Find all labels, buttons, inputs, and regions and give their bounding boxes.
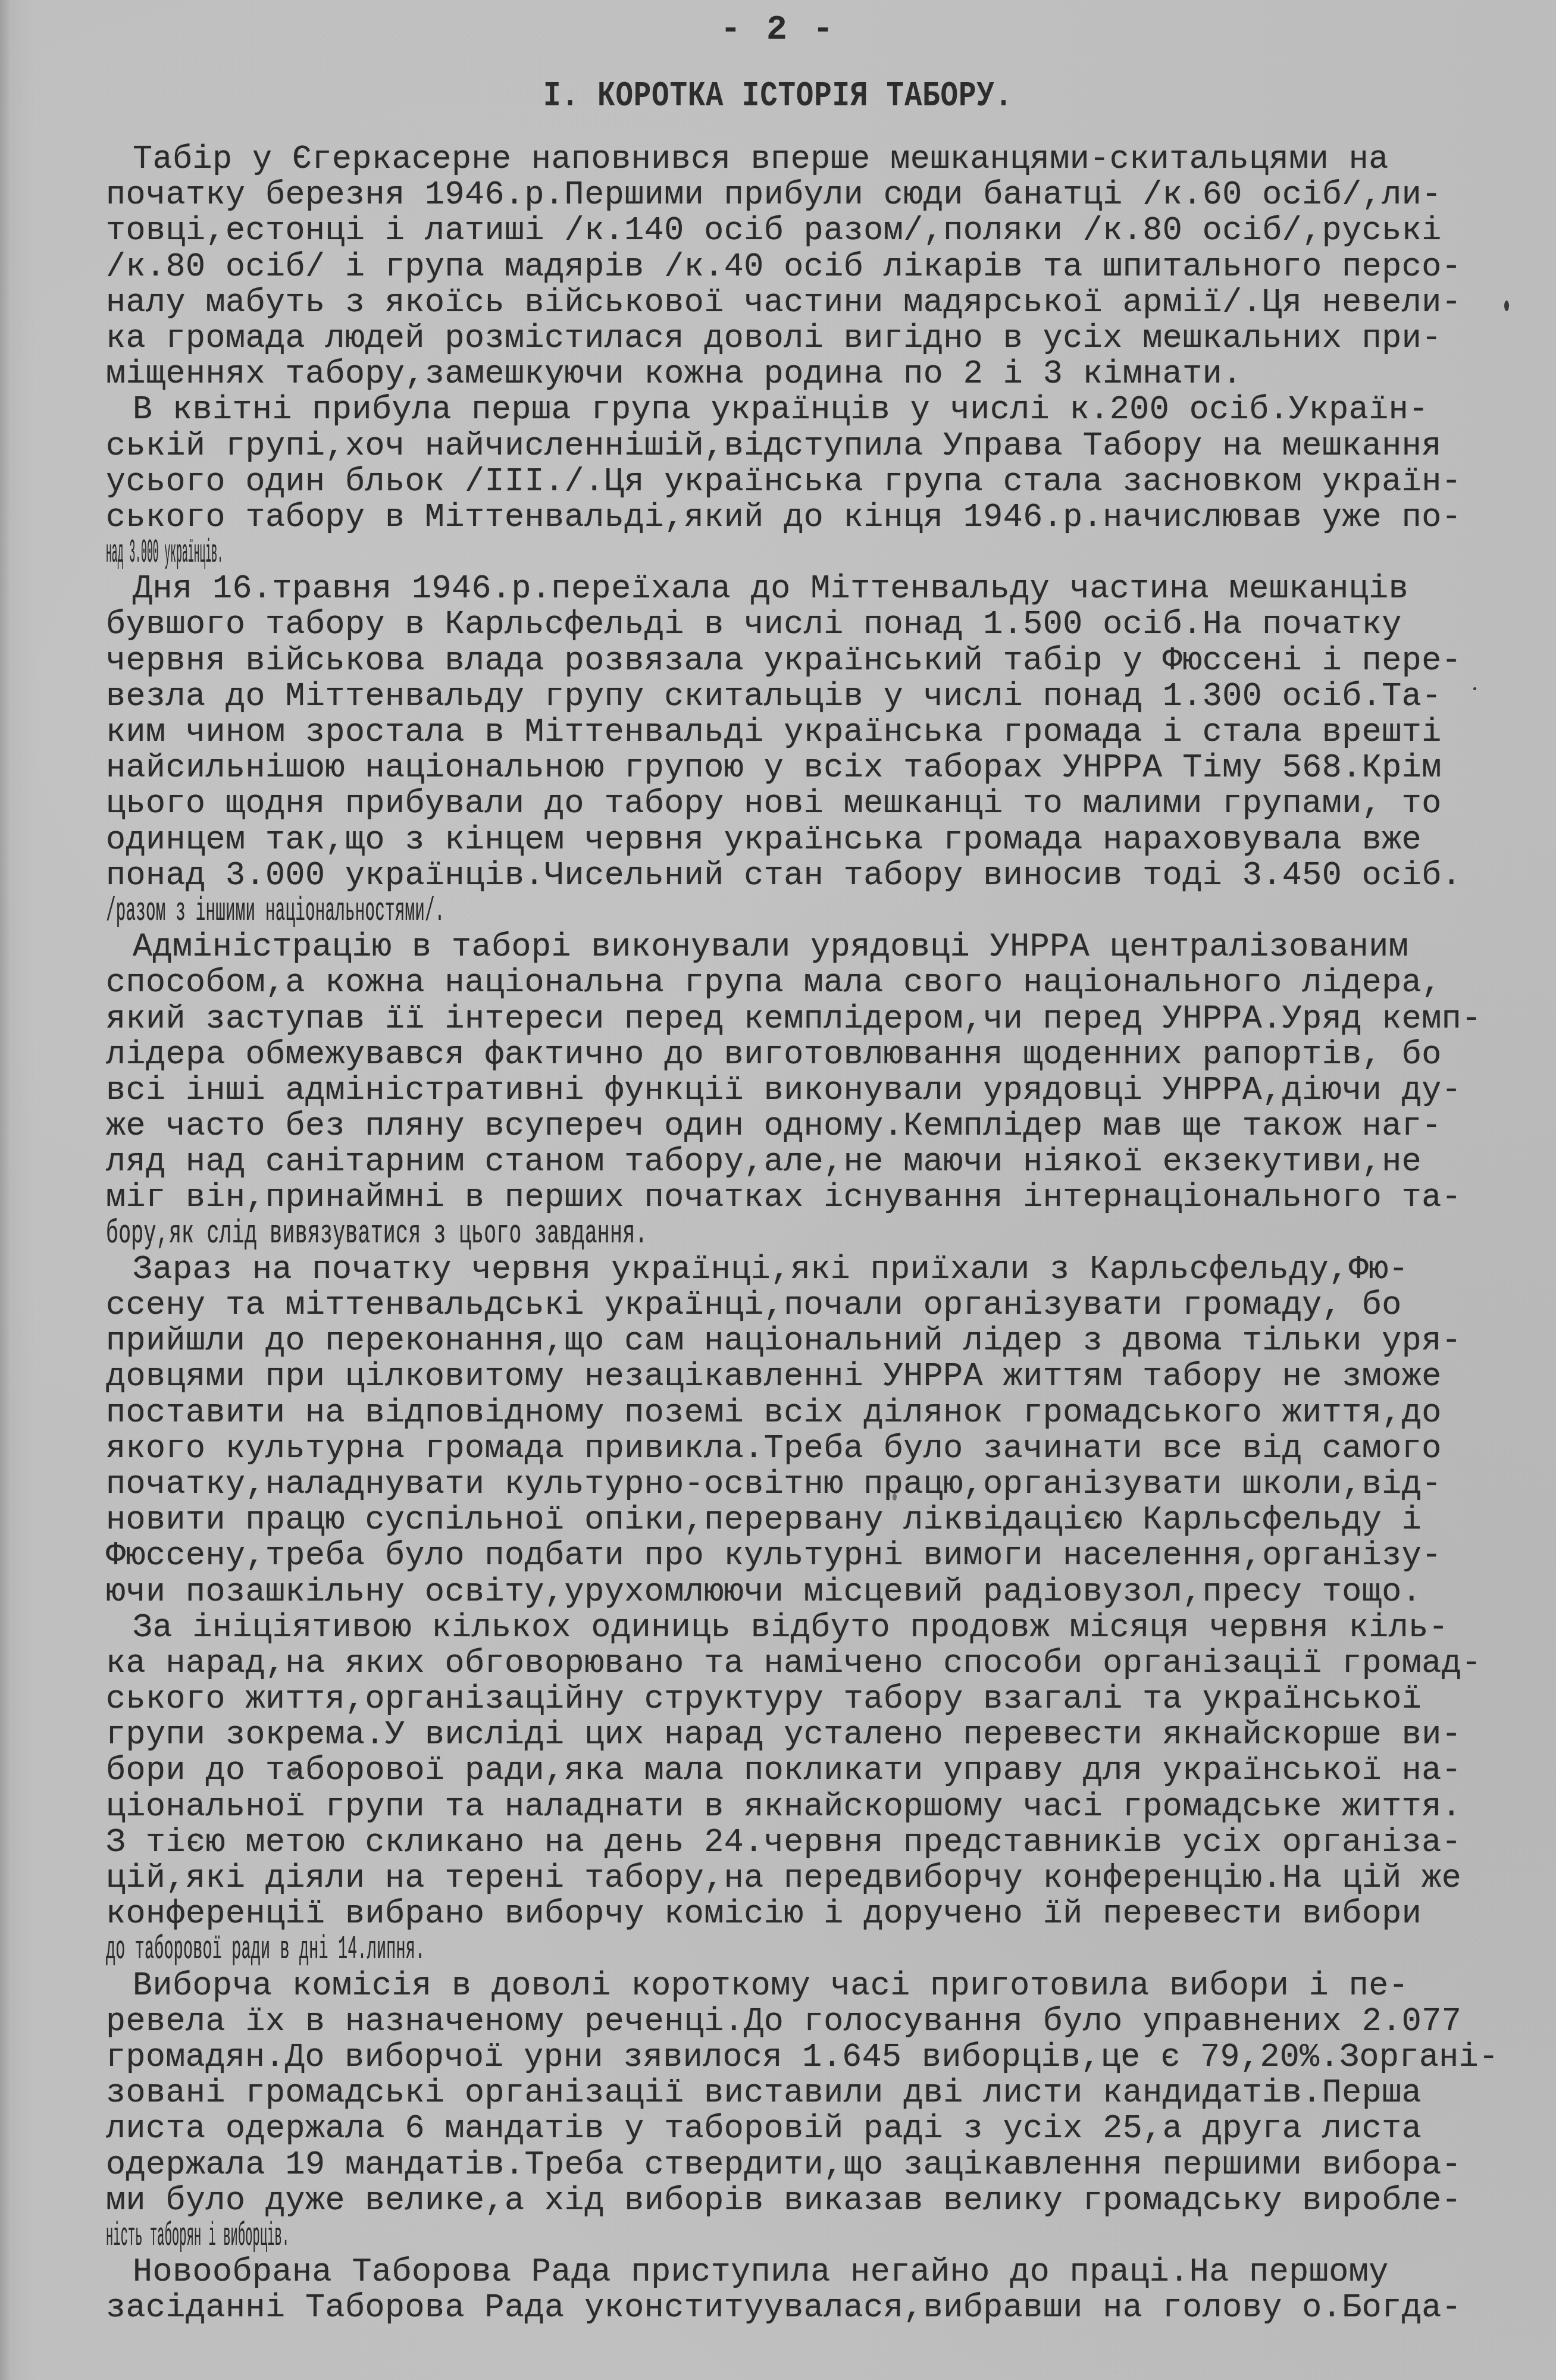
text-line: /к.80 осіб/ і група мадярів /к.40 осіб л… <box>106 249 1498 285</box>
text-line: ляд над санітарним станом табору,але,не … <box>106 1144 1498 1180</box>
text-line: ревела їх в назначеному реченці.До голос… <box>106 2004 1498 2040</box>
text-line: ській групі,хоч найчисленнішій,відступил… <box>106 428 1498 464</box>
text-line: прийшли до переконання,що сам національн… <box>106 1323 1498 1359</box>
text-line: який заступав її інтереси перед кемпліде… <box>106 1001 1498 1037</box>
section-title: І. КОРОТКА ІСТОРІЯ ТАБОРУ. <box>140 76 1416 117</box>
text-line: ким чином зростала в Міттенвальді україн… <box>106 715 1498 750</box>
text-line: же часто без пляну всупереч один одному.… <box>106 1108 1498 1144</box>
text-line: лідера обмежувався фактично до виготовлю… <box>106 1037 1498 1073</box>
text-line: довцями при цілковитому незацікавленні У… <box>106 1359 1498 1395</box>
text-line: новити працю суспільної опіки,перервану … <box>106 1502 1498 1538</box>
text-line: поставити на відповідному поземі всіх ді… <box>106 1395 1498 1431</box>
text-line: За ініціятивою кількох одиниць відбуто п… <box>106 1610 1498 1646</box>
text-line: одержала 19 мандатів.Треба ствердити,що … <box>106 2147 1498 2183</box>
text-line: Адміністрацію в таборі виконували урядов… <box>106 929 1498 965</box>
text-line: засіданні Таборова Рада уконституувалася… <box>106 2290 1498 2326</box>
typewritten-page: - 2 - І. КОРОТКА ІСТОРІЯ ТАБОРУ. Табір у… <box>0 0 1556 2380</box>
text-line: цього щодня прибували до табору нові меш… <box>106 786 1498 822</box>
text-line: зовані громадські організації виставили … <box>106 2075 1498 2111</box>
text-line: цій,які діяли на терені табору,на передв… <box>106 1861 1498 1896</box>
text-line: ського життя,організаційну структуру таб… <box>106 1681 1498 1717</box>
ink-speck <box>1504 300 1509 311</box>
text-line: ка громада людей розмістилася доволі виг… <box>106 321 1498 356</box>
text-line: групи зокрема.У висліді цих нарад устале… <box>106 1717 1498 1753</box>
text-line: ми було дуже велике,а хід виборів виказа… <box>106 2183 1498 2219</box>
text-line: Фюссену,треба було подбати про культурні… <box>106 1538 1498 1574</box>
text-line: ського табору в Міттенвальді,який до кін… <box>106 500 1498 535</box>
text-line: товці,естонці і латиші /к.140 осіб разом… <box>106 213 1498 249</box>
text-line: над 3.000 українців. <box>106 535 515 571</box>
text-line: /разом з іншими національностями/. <box>106 894 802 929</box>
text-line: Зараз на початку червня українці,які при… <box>106 1252 1498 1288</box>
text-line: бору,як слід вивязуватися з цього завдан… <box>106 1216 986 1252</box>
text-line: міщеннях табору,замешкуючи кожна родина … <box>106 356 1498 392</box>
text-line: В квітні прибула перша група українців у… <box>106 392 1498 428</box>
page-number: - 2 - <box>0 11 1556 49</box>
text-line: якого культурна громада привикла.Треба б… <box>106 1431 1498 1467</box>
text-line: конференції вибрано виборчу комісію і до… <box>106 1896 1498 1932</box>
text-line: до таборової ради в дні 14.липня. <box>106 1932 781 1968</box>
text-line: везла до Міттенвальду групу скитальців у… <box>106 679 1498 715</box>
text-line: З тією метою скликано на день 24.червня … <box>106 1825 1498 1861</box>
text-line: понад 3.000 українців.Чисельний стан таб… <box>106 858 1498 894</box>
ink-speck <box>1473 687 1476 690</box>
text-line: Новообрана Таборова Рада приступила нега… <box>106 2254 1498 2290</box>
text-line: бори до таборової ради,яка мала покликат… <box>106 1753 1498 1789</box>
text-line: міг він,принаймні в перших початках існу… <box>106 1180 1498 1216</box>
text-line: Табір у Єгеркасерне наповнився вперше ме… <box>106 142 1498 177</box>
ink-speck <box>893 1493 897 1501</box>
text-line: ючи позашкільну освіту,урухомлюючи місце… <box>106 1574 1498 1610</box>
text-line: ка нарад,на яких обговорювано та намічен… <box>106 1646 1498 1681</box>
text-line: початку березня 1946.р.Першими прибули с… <box>106 177 1498 213</box>
text-line: бувшого табору в Карльсфельді в числі по… <box>106 607 1498 643</box>
text-line: червня військова влада розвязала українс… <box>106 643 1498 679</box>
text-line: налу мабуть з якоїсь військової частини … <box>106 285 1498 321</box>
text-line: усього один бльок /III./.Ця українська г… <box>106 464 1498 500</box>
text-line: Виборча комісія в доволі короткому часі … <box>106 1968 1498 2004</box>
text-line: ссену та міттенвальдські українці,почали… <box>106 1288 1498 1323</box>
text-line: Дня 16.травня 1946.р.переїхала до Міттен… <box>106 571 1498 607</box>
text-line: початку,наладнувати культурно-освітню пр… <box>106 1467 1498 1502</box>
text-line: найсильнішою національною групою у всіх … <box>106 750 1498 786</box>
text-line: громадян.До виборчої урни зявилося 1.645… <box>106 2040 1495 2075</box>
text-line: ціональної групи та наладнати в якнайско… <box>106 1789 1498 1825</box>
body-text: Табір у Єгеркасерне наповнився вперше ме… <box>106 142 1498 2326</box>
text-line: одинцем так,що з кінцем червня українськ… <box>106 822 1498 858</box>
text-line: всі інші адміністративні функції виконув… <box>106 1073 1498 1108</box>
text-line: способом,а кожна національна група мала … <box>106 965 1498 1001</box>
ink-speck <box>292 1767 297 1775</box>
text-line: ність таборян і виборців. <box>106 2219 618 2254</box>
text-line: листа одержала 6 мандатів у таборовій ра… <box>106 2111 1498 2147</box>
